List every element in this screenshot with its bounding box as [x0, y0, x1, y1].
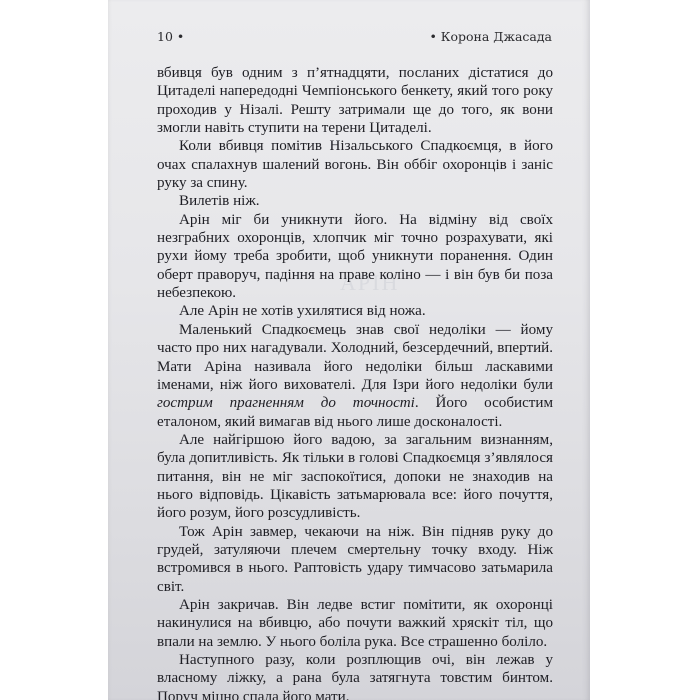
paragraph: Арін міг би уникнути його. На відміну ві…: [157, 211, 553, 303]
text-run: вбивця був одним з п’ятнадцяти, посланих…: [157, 65, 553, 136]
paragraph: Наступного разу, коли розплющив очі, він…: [157, 651, 553, 700]
text-run: Тож Арін завмер, чекаючи на ніж. Він під…: [157, 524, 553, 595]
text-run: Але Арін не хотів ухилятися від ножа.: [179, 303, 426, 319]
paragraph: Маленький Спадкоємець знав свої недоліки…: [157, 321, 553, 431]
text-run: Арін закричав. Він ледве встиг помітити,…: [157, 597, 553, 650]
paragraph: Арін закричав. Він ледве встиг помітити,…: [157, 596, 553, 651]
text-run: Маленький Спадкоємець знав свої недоліки…: [157, 322, 553, 393]
book-title: • Корона Джасада: [429, 29, 552, 44]
photo-scene: АРІН 10 • • Корона Джасада вбивця був од…: [0, 0, 700, 700]
page-number: 10 •: [157, 29, 184, 44]
text-run: Але найгіршою його вадою, за загальним в…: [157, 432, 553, 521]
running-head: 10 • • Корона Джасада: [157, 29, 552, 47]
paragraph: Але найгіршою його вадою, за загальним в…: [157, 431, 553, 523]
paragraph: Тож Арін завмер, чекаючи на ніж. Він під…: [157, 523, 553, 596]
paragraph: вбивця був одним з п’ятнадцяти, посланих…: [157, 64, 553, 137]
paragraph: Вилетів ніж.: [157, 192, 553, 210]
text-run: Арін міг би уникнути його. На відміну ві…: [157, 212, 553, 301]
book-page: АРІН 10 • • Корона Джасада вбивця був од…: [108, 0, 590, 700]
text-run: Коли вбивця помітив Нізальського Спадкоє…: [157, 138, 553, 191]
text-run: Вилетів ніж.: [179, 193, 260, 209]
paragraph: Але Арін не хотів ухилятися від ножа.: [157, 302, 553, 320]
text-run: Наступного разу, коли розплющив очі, він…: [157, 652, 553, 700]
body-text: вбивця був одним з п’ятнадцяти, посланих…: [157, 64, 553, 700]
paragraph: Коли вбивця помітив Нізальського Спадкоє…: [157, 137, 553, 192]
italic-phrase: гострим прагненням до точності: [157, 395, 415, 411]
